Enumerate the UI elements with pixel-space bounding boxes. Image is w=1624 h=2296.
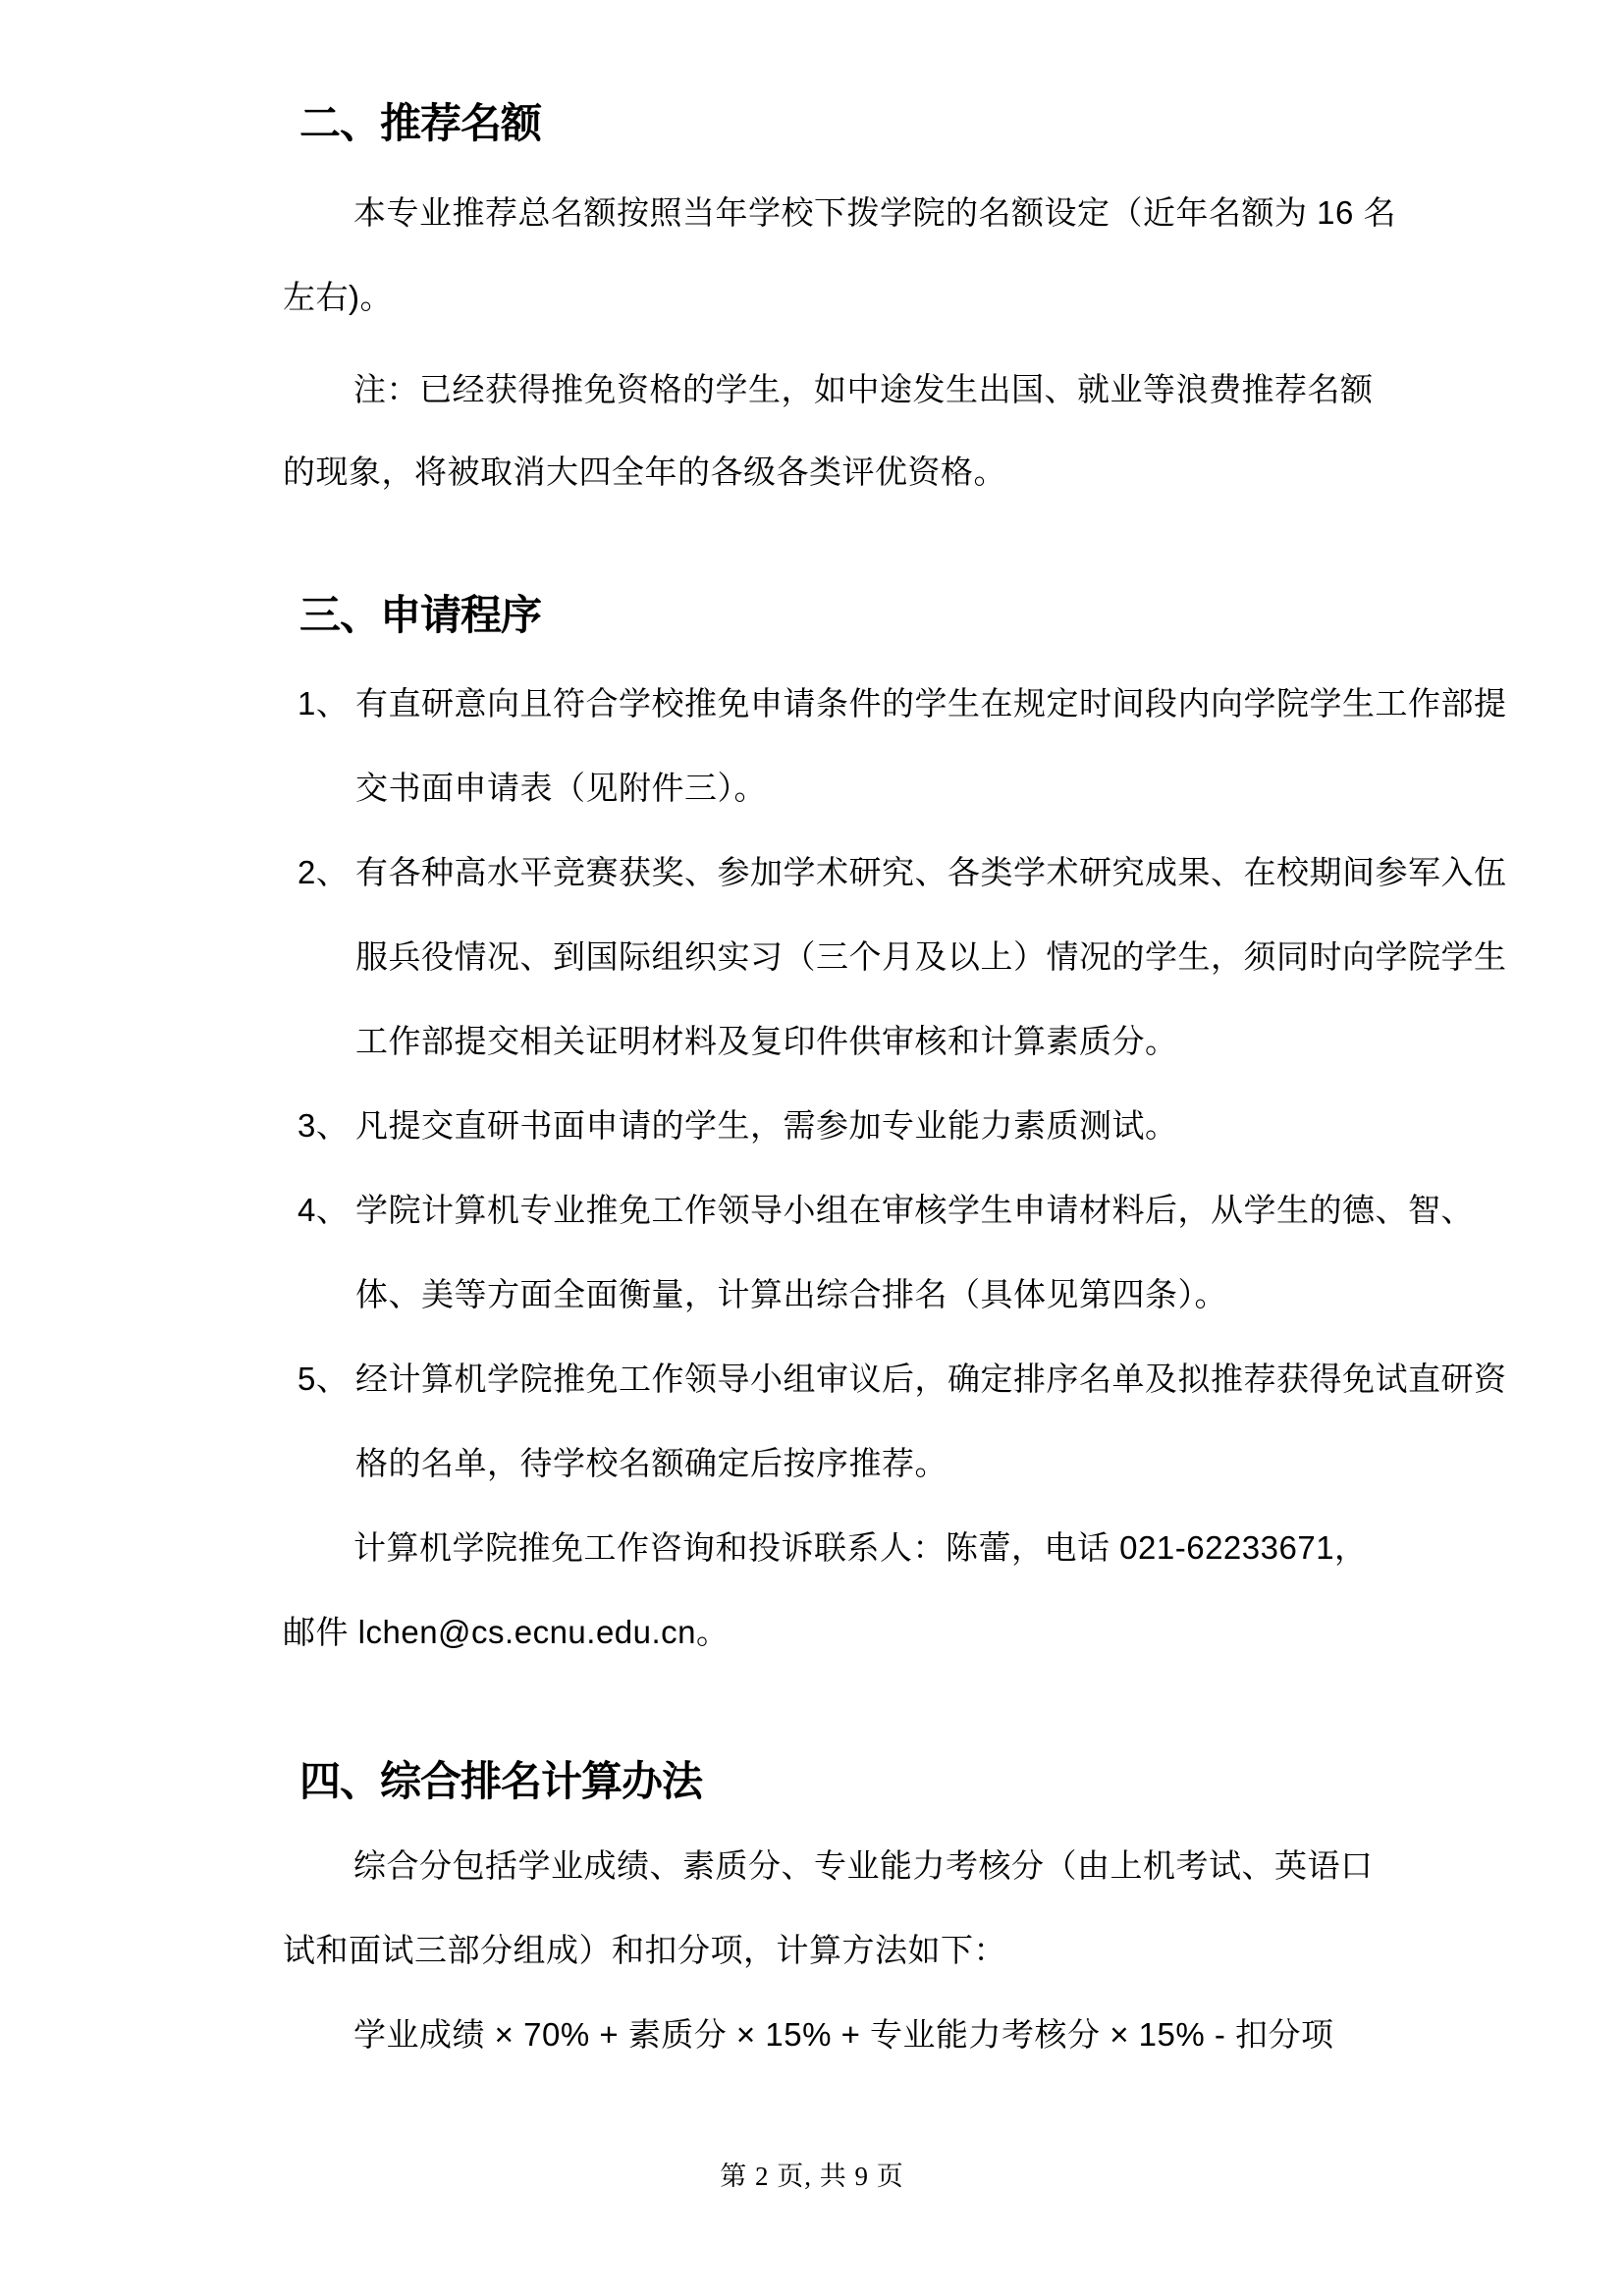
section-4-para-line-2: 试和面试三部分组成）和扣分项，计算方法如下： — [283, 1929, 1006, 1972]
list-item-2-number: 2、 — [298, 851, 355, 894]
section-2-para-1-line-2: 左右)。 — [283, 276, 393, 319]
list-item-2-line-2: 服兵役情况、到国际组织实习（三个月及以上）情况的学生，须同时向学院学生 — [355, 935, 1507, 979]
section-2-para-1-line-1: 本专业推荐总名额按照当年学校下拨学院的名额设定（近年名额为 16 名 — [353, 191, 1396, 235]
section-2-heading: 二、推荐名额 — [299, 98, 541, 149]
ranking-formula: 学业成绩 × 70% + 素质分 × 15% + 专业能力考核分 × 15% -… — [353, 2013, 1334, 2056]
list-item-1-number: 1、 — [298, 682, 355, 725]
list-item-4-text: 学院计算机专业推免工作领导小组在审核学生申请材料后，从学生的德、智、 — [355, 1192, 1474, 1228]
list-item-2-line-1: 2、有各种高水平竞赛获奖、参加学术研究、各类学术研究成果、在校期间参军入伍 — [298, 851, 1507, 894]
list-item-5-text: 经计算机学院推免工作领导小组审议后，确定排序名单及拟推荐获得免试直研资 — [355, 1361, 1507, 1397]
list-item-1-line-2: 交书面申请表（见附件三）。 — [355, 767, 767, 810]
section-4-para-line-1: 综合分包括学业成绩、素质分、专业能力考核分（由上机考试、英语口 — [353, 1844, 1374, 1888]
section-3-heading: 三、申请程序 — [299, 590, 541, 641]
list-item-4-number: 4、 — [298, 1189, 355, 1232]
list-item-3-text: 凡提交直研书面申请的学生，需参加专业能力素质测试。 — [355, 1107, 1178, 1144]
contact-line-2-email: 邮件 lchen@cs.ecnu.edu.cn。 — [283, 1611, 730, 1654]
list-item-5-line-1: 5、经计算机学院推免工作领导小组审议后，确定排序名单及拟推荐获得免试直研资 — [298, 1358, 1507, 1401]
document-page: 二、推荐名额 本专业推荐总名额按照当年学校下拨学院的名额设定（近年名额为 16 … — [0, 0, 1624, 2296]
list-item-1-line-1: 1、有直研意向且符合学校推免申请条件的学生在规定时间段内向学院学生工作部提 — [298, 682, 1507, 725]
list-item-2-text: 有各种高水平竞赛获奖、参加学术研究、各类学术研究成果、在校期间参军入伍 — [355, 854, 1507, 890]
list-item-2-line-3: 工作部提交相关证明材料及复印件供审核和计算素质分。 — [355, 1020, 1178, 1063]
section-4-heading: 四、综合排名计算办法 — [299, 1756, 702, 1807]
list-item-5-line-2: 格的名单，待学校名额确定后按序推荐。 — [355, 1442, 947, 1485]
contact-line-1: 计算机学院推免工作咨询和投诉联系人：陈蕾，电话 021-62233671， — [353, 1526, 1368, 1570]
list-item-4-line-1: 4、学院计算机专业推免工作领导小组在审核学生申请材料后，从学生的德、智、 — [298, 1189, 1474, 1232]
section-2-note-line-2: 的现象，将被取消大四全年的各级各类评优资格。 — [283, 451, 1006, 494]
footer-page-number: 第 2 页, 共 9 页 — [0, 2160, 1624, 2193]
list-item-4-line-2: 体、美等方面全面衡量，计算出综合排名（具体见第四条）。 — [355, 1273, 1227, 1316]
list-item-3-number: 3、 — [298, 1104, 355, 1148]
section-2-note-line-1: 注：已经获得推免资格的学生，如中途发生出国、就业等浪费推荐名额 — [353, 368, 1374, 411]
list-item-3-line-1: 3、凡提交直研书面申请的学生，需参加专业能力素质测试。 — [298, 1104, 1178, 1148]
list-item-1-text: 有直研意向且符合学校推免申请条件的学生在规定时间段内向学院学生工作部提 — [355, 685, 1507, 721]
list-item-5-number: 5、 — [298, 1358, 355, 1401]
